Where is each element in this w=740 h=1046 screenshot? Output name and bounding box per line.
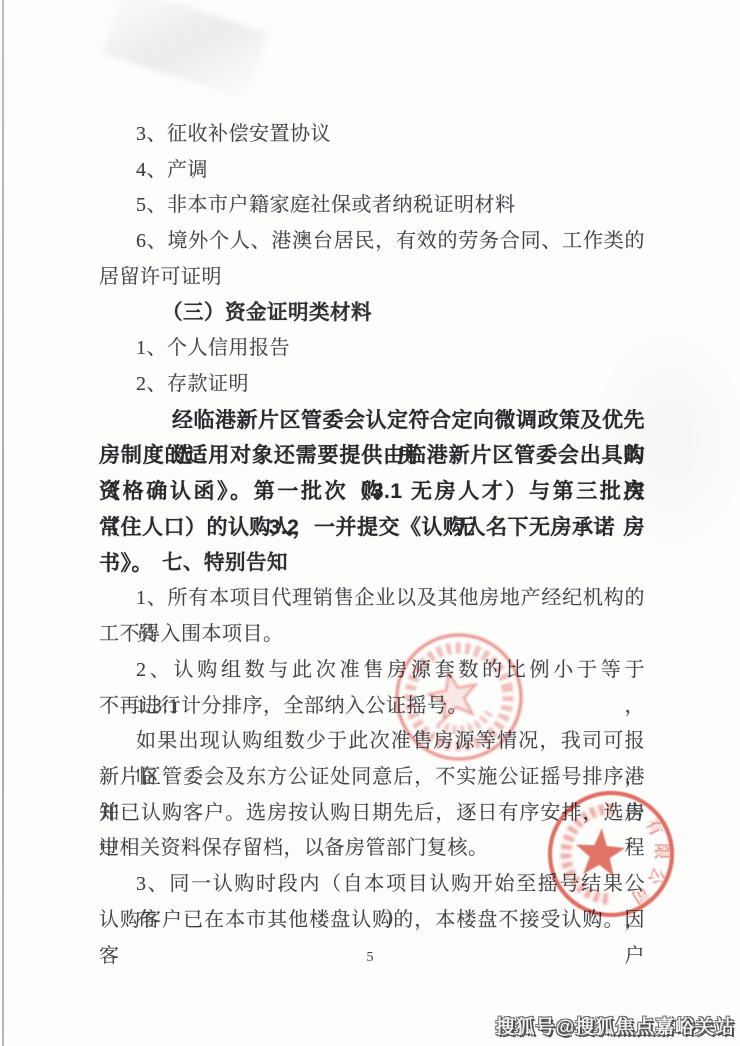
scan-edge-line (2, 0, 4, 1046)
document-line: 3、征收补偿安置协议 (99, 117, 645, 153)
document-line: 房制度的适用对象还需要提供由临港新片区管委会出具的《购房 (99, 438, 645, 474)
watermark: 搜狐号@搜狐焦点嘉峪关站 (495, 1012, 735, 1039)
company-seal-icon: 有限公司 (545, 788, 677, 920)
document-line: 如果出现认购组数少于此次准售房源等情况，我司可报临港 (99, 724, 645, 760)
page-number: 5 (0, 950, 740, 966)
scanned-document-page: 3、征收补偿安置协议 4、产调 5、非本市户籍家庭社保或者纳税证明材料 6、境外… (0, 0, 740, 1046)
document-line: 5、非本市户籍家庭社保或者纳税证明材料 (99, 188, 645, 224)
section-heading: （三）资金证明类材料 (99, 296, 645, 332)
document-line: 经临港新片区管委会认定符合定向微调政策及优先选房购 (99, 403, 645, 439)
document-line: 4、产调 (99, 153, 645, 189)
document-line: 资格确认函》。第一批次（3.1 无房人才）与第三批次（3.2 无房 (99, 474, 645, 510)
star-icon (574, 827, 627, 877)
document-line: 2、存款证明 (99, 367, 645, 403)
document-line: 居留许可证明 (99, 260, 645, 296)
section-heading: 七、特别告知 (99, 546, 645, 582)
document-line: 常住人口）的认购人，一并提交《认购人名下无房承诺书》。 (99, 510, 645, 546)
document-line: 2、认购组数与此次准售房源套数的比例小于等于 1.3:1， (99, 653, 645, 689)
scan-streak-artifact (103, 0, 267, 99)
document-line: 工不得入围本项目。 (99, 617, 645, 653)
document-line: 1、所有本项目代理销售企业以及其他房地产经纪机构的员 (99, 581, 645, 617)
document-line: 6、境外个人、港澳台居民，有效的劳务合同、工作类的 (99, 224, 645, 260)
document-line: 1、个人信用报告 (99, 331, 645, 367)
official-seal-icon (391, 629, 527, 765)
star-icon (425, 668, 481, 722)
